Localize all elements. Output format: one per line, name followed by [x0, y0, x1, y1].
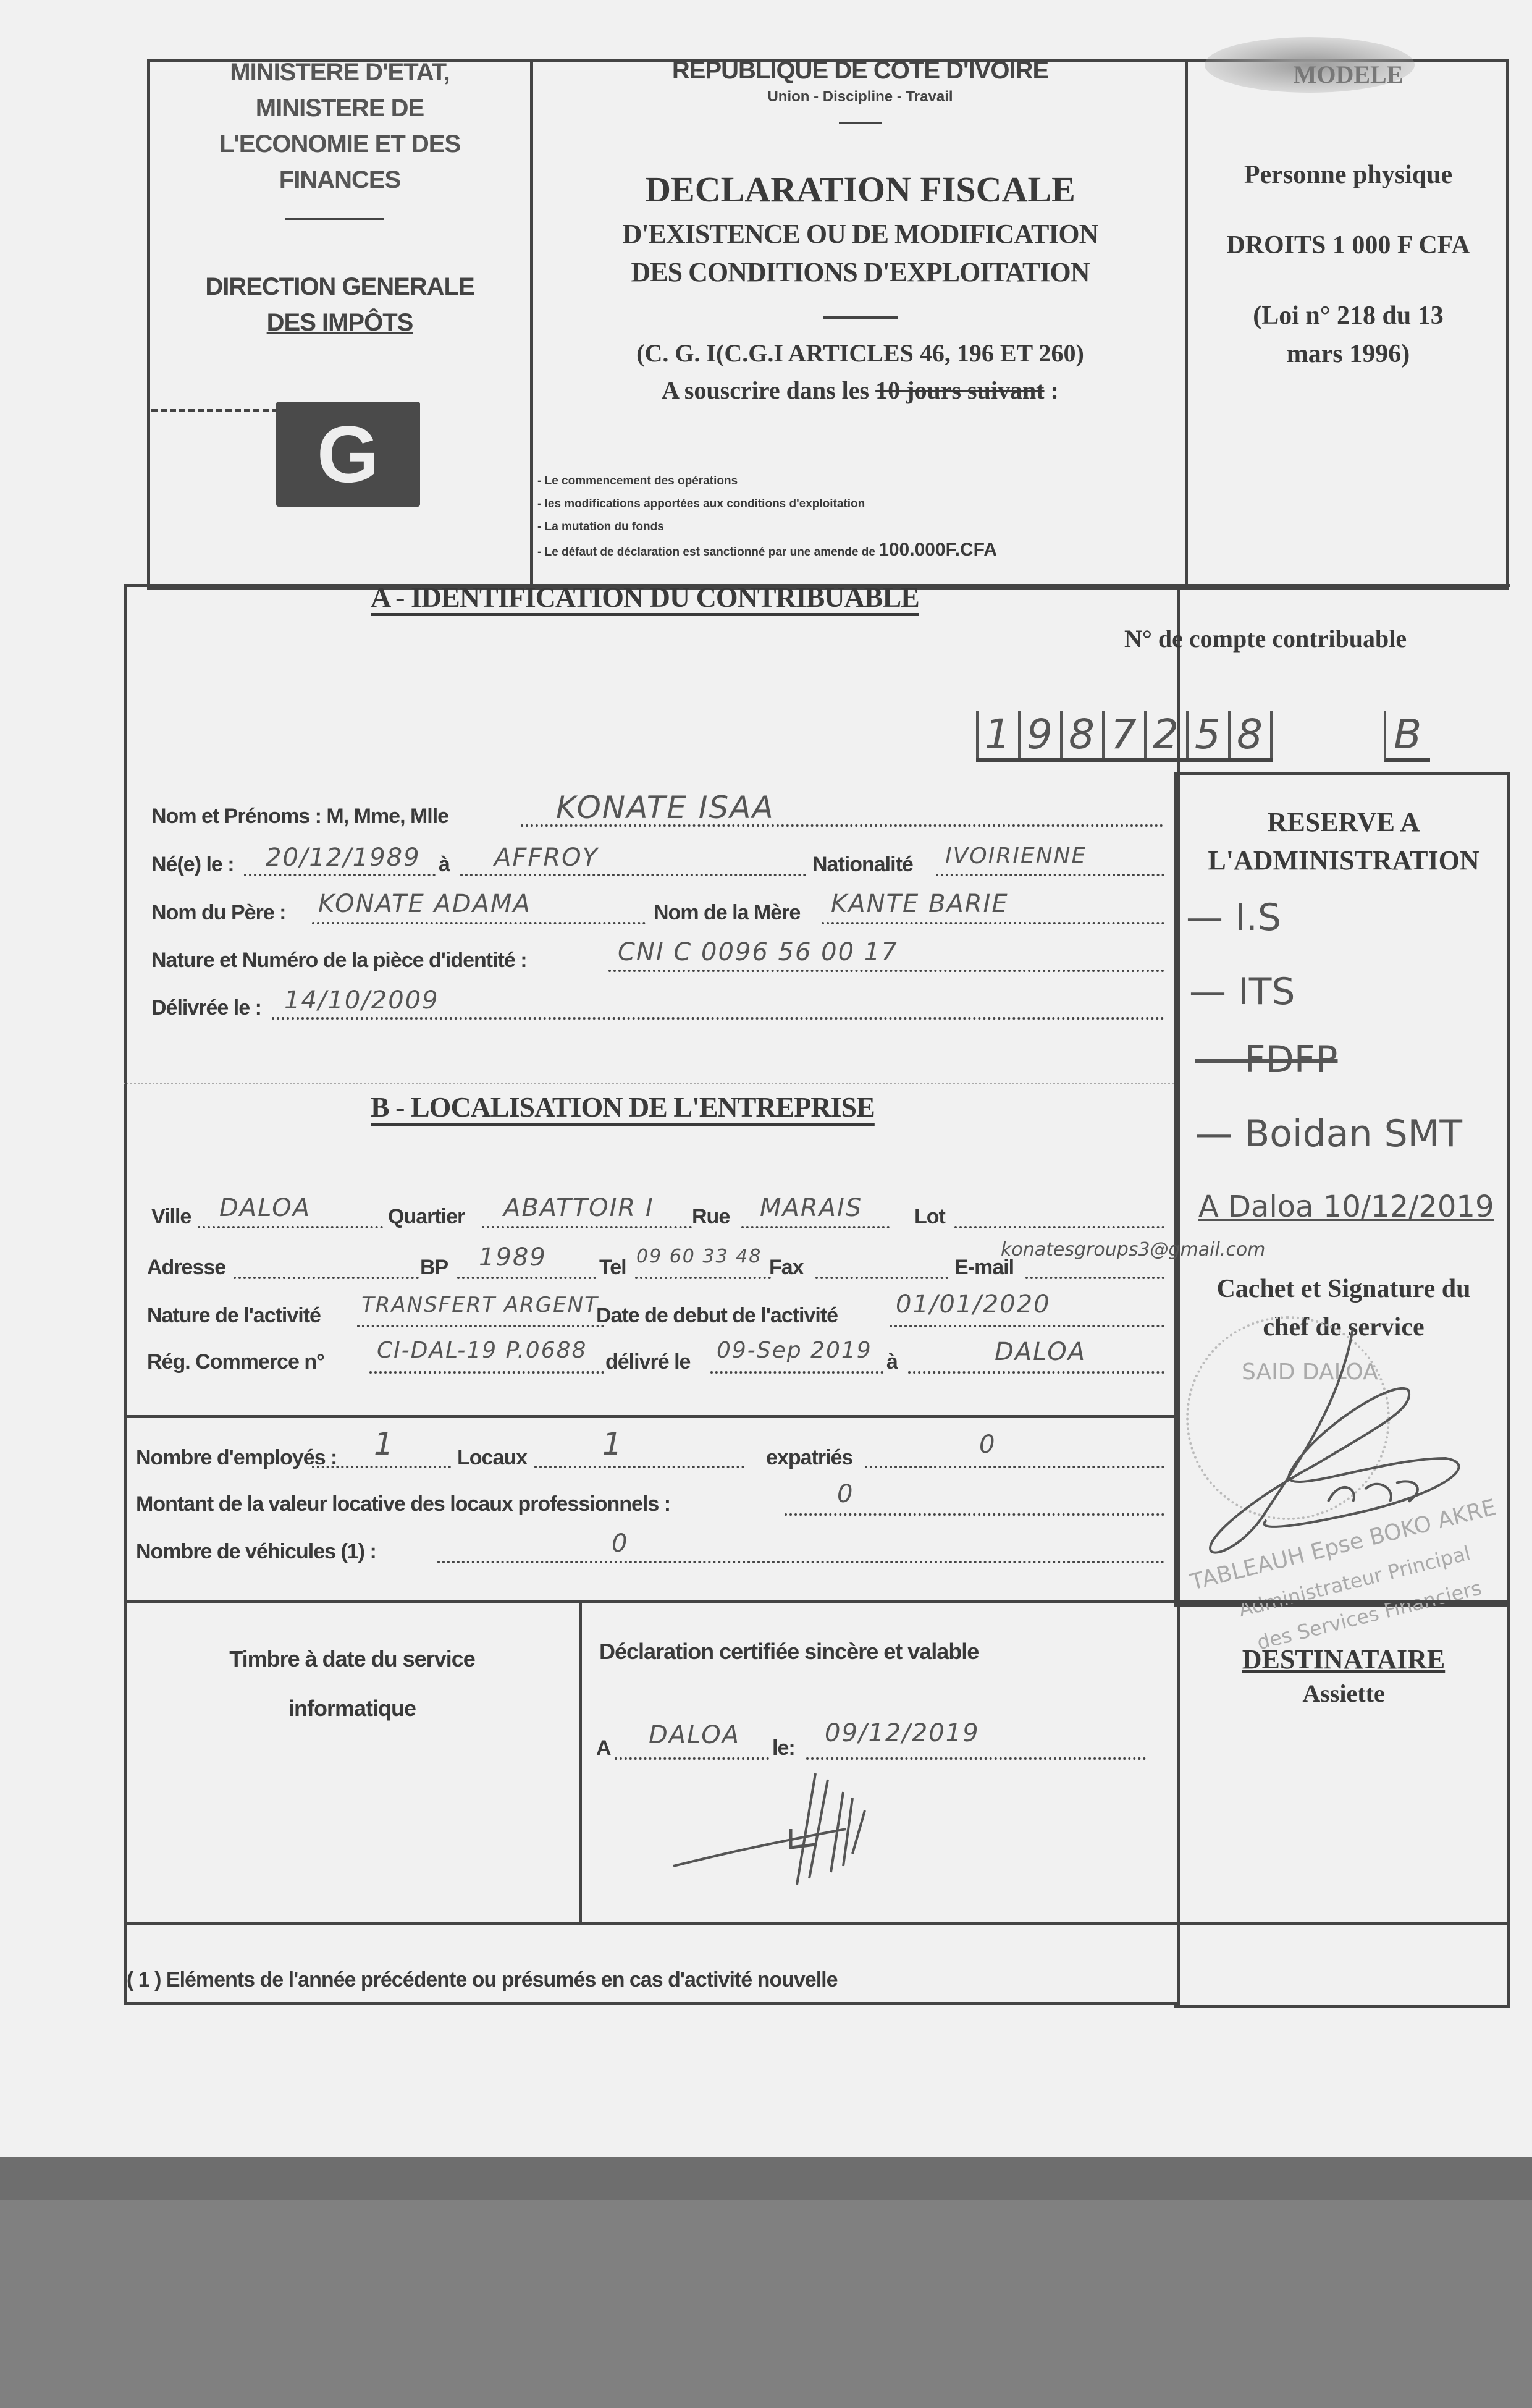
scanner-edge	[0, 2157, 1532, 2200]
district-value: ABATTOIR I	[503, 1194, 654, 1222]
birth-date-label: Né(e) le :	[151, 853, 234, 877]
cgi-reference: (C. G. I(C.G.I ARTICLES 46, 196 ET 260)	[537, 335, 1183, 372]
mother-label: Nom de la Mère	[654, 901, 800, 925]
city-value: DALOA	[219, 1194, 311, 1222]
vehicles-value: 0	[612, 1529, 628, 1558]
vehicles-field[interactable]	[437, 1534, 1164, 1563]
name-label: Nom et Prénoms : M, Mme, Mlle	[151, 805, 448, 829]
expats-value: 0	[979, 1430, 996, 1459]
admin-item-boidan: — Boidan SMT	[1195, 1112, 1462, 1155]
certification-label: Déclaration certifiée sincère et valable	[599, 1639, 979, 1665]
directorate-name: DIRECTION GENERALE DES IMPÔTS	[154, 269, 525, 340]
locals-value: 1	[602, 1426, 623, 1462]
po-box-value: 1989	[479, 1243, 547, 1272]
rc-place-value: DALOA	[995, 1338, 1086, 1366]
start-date-label: Date de debut de l'activité	[596, 1304, 838, 1328]
expats-field[interactable]	[865, 1438, 1164, 1468]
expats-label: expatriés	[766, 1446, 852, 1470]
obligations-list: - Le commencement des opérations - les m…	[537, 470, 1186, 564]
section-c-rule	[124, 1415, 1177, 1418]
footnote-top-rule	[124, 1922, 1510, 1925]
admin-item-its: — ITS	[1189, 970, 1295, 1013]
service-stamp-box-label: Timbre à date du service informatique	[127, 1634, 578, 1733]
fax-field[interactable]	[815, 1249, 948, 1279]
address-label: Adresse	[147, 1256, 225, 1280]
phone-value: 09 60 33 48	[636, 1246, 762, 1267]
title-divider-2	[823, 316, 898, 319]
po-box-label: BP	[420, 1256, 448, 1280]
trade-register-label: Rég. Commerce n°	[147, 1350, 324, 1374]
street-label: Rue	[692, 1205, 730, 1229]
chief-signature-icon	[1192, 1316, 1489, 1576]
vehicles-label: Nombre de véhicules (1) :	[136, 1540, 376, 1564]
deadline-note: A souscrire dans les 10 jours suivant :	[537, 372, 1183, 409]
model-label: MODELE	[1189, 56, 1507, 94]
form-title: DECLARATION FISCALE	[537, 169, 1183, 210]
locals-label: Locaux	[457, 1446, 527, 1470]
lot-label: Lot	[914, 1205, 945, 1229]
republic-name: REPUBLIQUE DE COTE D'IVOIRE	[537, 57, 1183, 85]
admin-item-is: — I.S	[1186, 896, 1281, 939]
lot-field[interactable]	[954, 1199, 1164, 1228]
right-column-border	[1507, 1600, 1510, 2008]
admin-item-fdfp: — FDFP	[1195, 1038, 1337, 1081]
rental-value-value: 0	[837, 1480, 854, 1508]
start-date-value: 01/01/2020	[896, 1290, 1051, 1319]
id-issued-label: Délivrée le :	[151, 996, 261, 1020]
id-issued-value: 14/10/2009	[284, 986, 439, 1015]
admin-place-date: A Daloa 10/12/2019	[1198, 1189, 1494, 1224]
name-value: KONATE ISAA	[556, 790, 775, 826]
cert-date-value: 09/12/2019	[825, 1719, 980, 1747]
city-label: Ville	[151, 1205, 191, 1229]
mother-value: KANTE BARIE	[831, 890, 1009, 918]
ministry-divider	[285, 218, 384, 220]
national-motto: Union - Discipline - Travail	[537, 88, 1183, 106]
rental-value-label: Montant de la valeur locative des locaux…	[136, 1492, 670, 1516]
activity-value: TRANSFERT ARGENT	[361, 1293, 599, 1317]
section-b-title: B - LOCALISATION DE L'ENTREPRISE	[371, 1091, 875, 1123]
recipient-block: DESTINATAIRE Assiette	[1177, 1644, 1510, 1708]
trade-register-value: CI-DAL-19 P.0688	[377, 1338, 587, 1363]
employees-value: 1	[374, 1426, 395, 1462]
rc-place-label: à	[886, 1350, 898, 1374]
birth-place-value: AFFROY	[494, 843, 599, 872]
ministry-name: MINISTERE D'ETAT, MINISTERE DE L'ECONOMI…	[154, 54, 525, 198]
footer-divider	[579, 1600, 582, 1925]
father-value: KONATE ADAMA	[318, 890, 531, 918]
right-column-bottom	[1174, 2005, 1510, 2008]
footer-top-rule	[124, 1600, 1510, 1603]
nationality-label: Nationalité	[812, 853, 913, 877]
locals-field[interactable]	[534, 1438, 744, 1468]
employees-label: Nombre d'employés :	[136, 1446, 337, 1470]
birth-place-label: à	[439, 853, 450, 877]
form-subtitle-1: D'EXISTENCE OU DE MODIFICATION	[537, 215, 1183, 253]
title-block: REPUBLIQUE DE COTE D'IVOIRE Union - Disc…	[537, 57, 1183, 409]
recipient-title: DESTINATAIRE	[1177, 1644, 1510, 1675]
nationality-value: IVOIRIENNE	[945, 843, 1087, 869]
phone-label: Tel	[599, 1256, 626, 1280]
title-divider	[839, 122, 882, 124]
birth-date-value: 20/12/1989	[266, 843, 421, 872]
fee-amount: DROITS 1 000 F CFA	[1189, 226, 1507, 264]
footnote: ( 1 ) Eléments de l'année précédente ou …	[127, 1968, 838, 1992]
taxpayer-type: Personne physique	[1189, 156, 1507, 194]
dashed-rule	[151, 409, 287, 412]
section-a-title: A - IDENTIFICATION DU CONTRIBUABLE	[371, 581, 919, 614]
declarant-signature-icon	[667, 1755, 927, 1891]
cert-place-value: DALOA	[649, 1721, 740, 1749]
faded-divider	[124, 1083, 1174, 1084]
model-info: MODELE Personne physique DROITS 1 000 F …	[1189, 56, 1507, 373]
address-field[interactable]	[234, 1249, 419, 1279]
recipient-value: Assiette	[1177, 1679, 1510, 1708]
rc-issued-label: délivré le	[605, 1350, 690, 1374]
cert-place-label: A	[596, 1736, 611, 1760]
dgi-logo-icon: G	[276, 402, 420, 507]
account-key: B	[1384, 711, 1430, 762]
account-number: 1 9 8 7 2 5 8	[976, 711, 1273, 762]
id-document-label: Nature et Numéro de la pièce d'identité …	[151, 948, 527, 973]
activity-label: Nature de l'activité	[147, 1304, 321, 1328]
email-value: konatesgroups3@gmail.com	[1001, 1239, 1265, 1261]
rc-issued-value: 09-Sep 2019	[717, 1338, 872, 1363]
id-document-value: CNI C 0096 56 00 17	[618, 938, 898, 966]
form-subtitle-2: DES CONDITIONS D'EXPLOITATION	[537, 253, 1183, 292]
district-label: Quartier	[388, 1205, 465, 1229]
penalty-amount: 100.000F.CFA	[878, 539, 997, 560]
father-label: Nom du Père :	[151, 901, 285, 925]
admin-reserved-title: RESERVE A L'ADMINISTRATION	[1177, 803, 1510, 880]
fax-label: Fax	[769, 1256, 804, 1280]
street-value: MARAIS	[760, 1194, 862, 1222]
account-label: N° de compte contribuable	[1124, 624, 1407, 653]
